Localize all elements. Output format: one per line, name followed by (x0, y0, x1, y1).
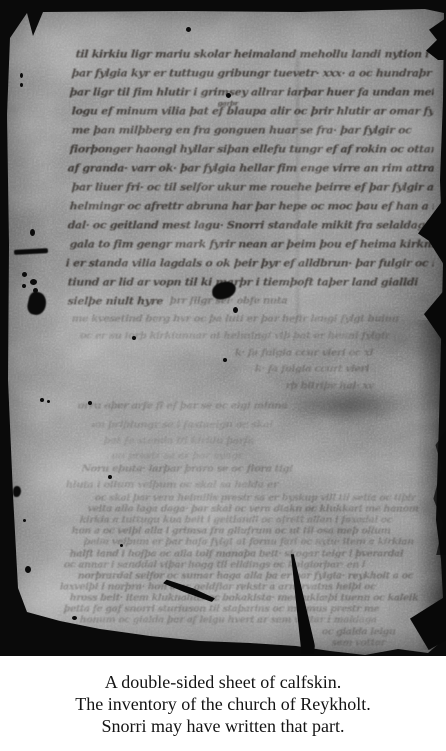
speck (20, 73, 23, 78)
speck (72, 616, 77, 620)
manuscript-text: til kirkiu ligr mariu skolar heimaland m… (0, 0, 446, 656)
manuscript-line: en prestr sa er þar syngr (111, 451, 302, 461)
manuscript-line: norþrardal selfor oc sumar haga alla þa … (77, 571, 434, 581)
manuscript-line: veita alla laga daga· þar skal oc vera d… (87, 504, 433, 514)
manuscript-line: oc annar i sanddal viþar hogg til elldin… (63, 560, 432, 570)
manuscript-line: þar ligr til fim hlutir i grimsey allrar… (69, 86, 434, 98)
manuscript-line: þar fylgia kyr er tuttugu gribungr tueve… (71, 67, 434, 79)
speck (88, 401, 92, 405)
speck (40, 398, 44, 402)
speck (120, 544, 123, 547)
manuscript-line: gala to fim gengr mark fyrir nean ar þei… (69, 238, 434, 250)
manuscript-line: halft land i hofþa oc alla tolf manaþa b… (69, 549, 432, 559)
caption-line-3: Snorri may have written that part. (0, 715, 446, 737)
manuscript-line: hluta i ollum veiþum oc skal sa halda er (65, 480, 396, 490)
manuscript-line: laxveiþi i norþra· hon a oc geldfiar rek… (59, 582, 432, 592)
manuscript-line: helmingr oc afrettr abruna har þar hepe … (69, 200, 434, 212)
manuscript-line: fiorþonger haongl hyllar siþan ellefu tu… (69, 143, 434, 155)
speck (223, 358, 227, 362)
speck (47, 400, 50, 403)
manuscript-line: orru oþer arfe fi ef þar se oc eigi minn… (77, 401, 328, 411)
manuscript-line: i er standa vilia lagdals o ok þeir þyr … (65, 257, 434, 269)
worm-hole (22, 284, 26, 288)
speck (186, 27, 191, 32)
speck (25, 566, 31, 573)
speck (226, 93, 231, 98)
manuscript-line: honum oc gialda þar af leigu hvert ar se… (79, 615, 428, 625)
speck (23, 519, 26, 522)
manuscript-line: þat fe standa til kirkiu þarfa (103, 436, 314, 446)
manuscript-figure: til kirkiu ligr mariu skolar heimaland m… (0, 0, 446, 751)
manuscript-line: þar liuer fri· oc til selfor ukur me rou… (71, 181, 434, 193)
manuscript-line: Noru eþuta· iarþar þraro se oc fiora tig… (81, 464, 372, 474)
manuscript-line: hross beit· item kluknahus oc bokakista·… (69, 593, 434, 603)
worm-hole (22, 272, 27, 277)
speck (233, 307, 238, 313)
caption-line-1: A double-sided sheet of calfskin. (0, 671, 446, 693)
manuscript-line: kirkia a tuttugu kua beit i geitlandi oc… (79, 515, 432, 525)
manuscript-line: sielþe niult hyre (67, 295, 168, 307)
manuscript-photo: til kirkiu ligr mariu skolar heimaland m… (0, 0, 446, 656)
parchment-sheet: til kirkiu ligr mariu skolar heimaland m… (0, 0, 446, 656)
manuscript-line: oc skal þar vera heimilis prestr sa er b… (94, 493, 430, 503)
speck (30, 229, 35, 236)
manuscript-line: tiund ar lid ar vopn til ki marþr i tiem… (67, 276, 434, 288)
manuscript-line: þetta fe gaf snorri sturluson til staþar… (63, 604, 432, 614)
manuscript-line: dal· oc geitland mest lagu· Snorri stand… (67, 219, 434, 231)
manuscript-line: til kirkiu ligr mariu skolar heimaland m… (75, 48, 434, 60)
figure-caption: A double-sided sheet of calfskin. The in… (0, 656, 446, 737)
speck (108, 475, 112, 479)
manuscript-line: en þriþiungr se i fastaeign oc skal (91, 420, 322, 430)
manuscript-line: me kvesetind berg hvr oc þa luti er þar … (71, 314, 432, 324)
manuscript-line: þeim veiþum er þar hafa fylgt at fornu f… (83, 537, 434, 547)
manuscript-line: af granda· varr ok· þar fylgia hellar fi… (67, 162, 434, 174)
worm-hole (30, 279, 37, 285)
manuscript-line: hon a oc veiþi alla i grimsa fra gliufru… (71, 526, 432, 536)
caption-line-2: The inventory of the church of Reykholt. (0, 693, 446, 715)
manuscript-line: logu ef minum vilia þat ef blaupa alir o… (71, 105, 434, 117)
manuscript-line: k· fa fulgia ccur vieri oc xl (234, 348, 425, 358)
manuscript-line: k· fa folgia ccurt vieri (254, 364, 425, 374)
manuscript-line: þrr filgr sel· obfe nuta (169, 296, 432, 306)
speck (20, 83, 23, 87)
manuscript-line: me þan milþberg en fra gonguen huar se f… (71, 124, 412, 136)
speck (132, 336, 136, 340)
manuscript-line: rþ bitriþe hal· xv (285, 381, 426, 391)
